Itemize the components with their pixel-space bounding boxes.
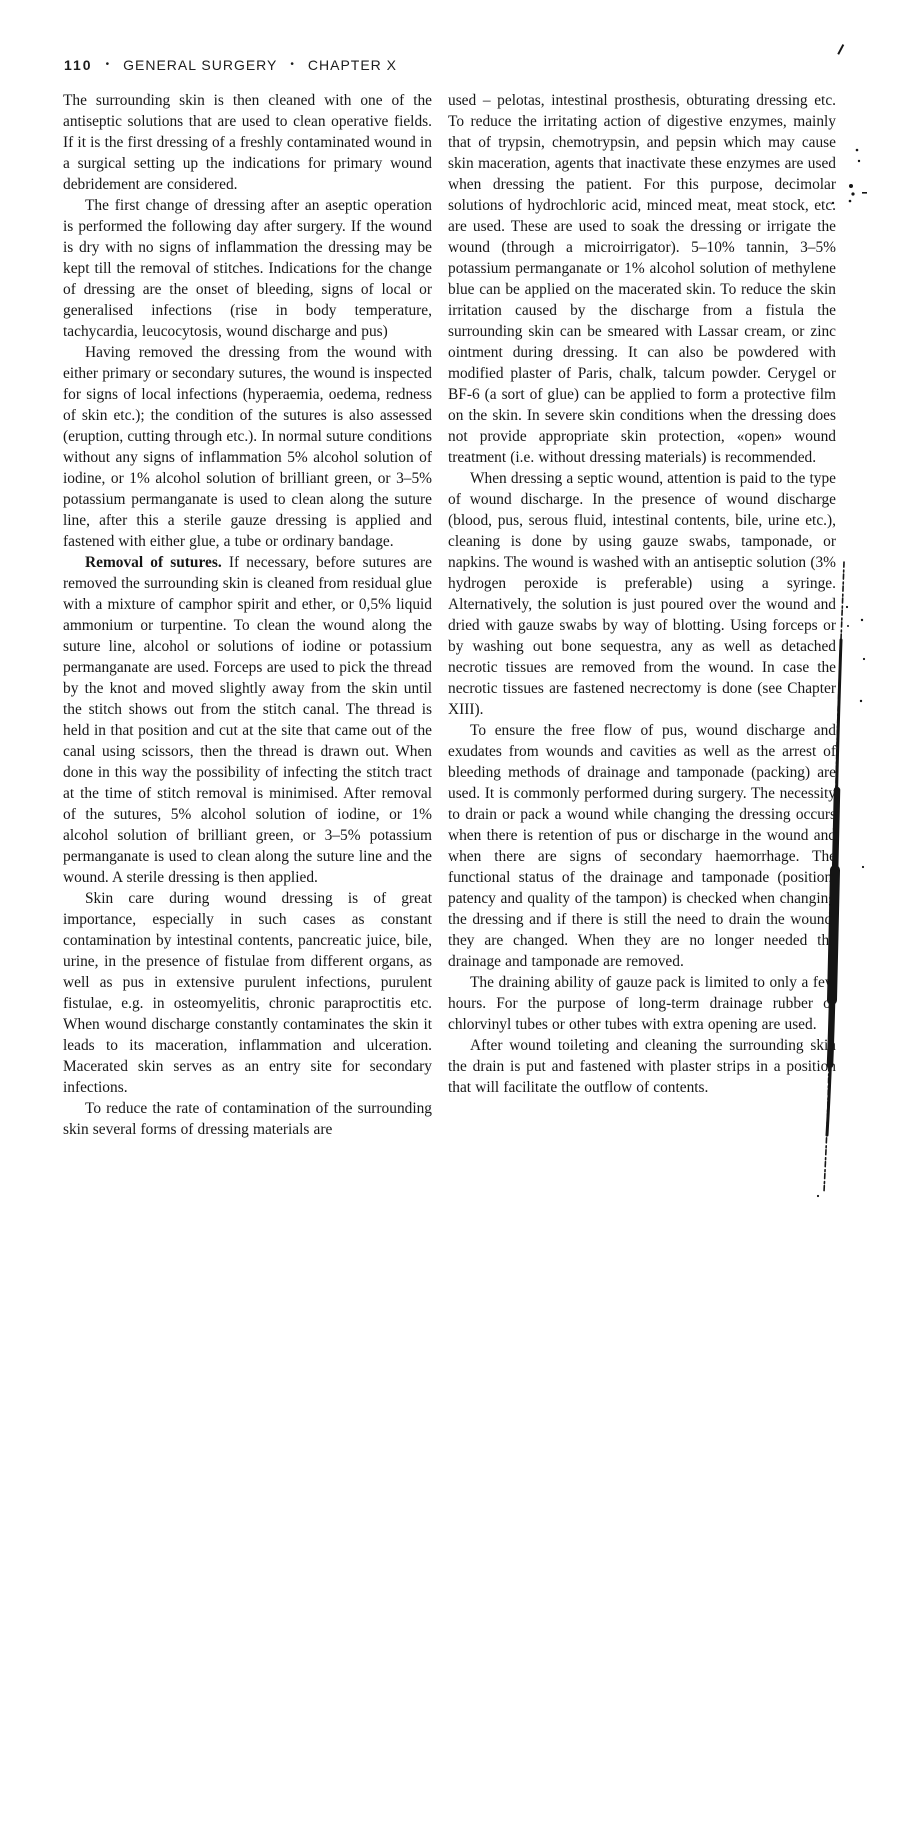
paragraph: Having removed the dressing from the wou… <box>63 342 432 552</box>
paragraph: The draining ability of gauze pack is li… <box>448 972 836 1035</box>
page-number: 110 <box>64 57 93 73</box>
right-text-column: used – pelotas, intestinal prosthesis, o… <box>448 90 836 1098</box>
paragraph: The surrounding skin is then cleaned wit… <box>63 90 432 195</box>
header-section-title: GENERAL SURGERY <box>123 57 277 73</box>
header-bullet-icon: • <box>277 59 308 70</box>
header-bullet-icon: • <box>93 59 124 70</box>
paragraph: To ensure the free flow of pus, wound di… <box>448 720 836 972</box>
header-chapter-title: CHAPTER X <box>308 57 397 73</box>
paragraph: When dressing a septic wound, attention … <box>448 468 836 720</box>
scanned-book-page: 110 • GENERAL SURGERY • CHAPTER X The su… <box>0 0 899 1836</box>
paragraph: Skin care during wound dressing is of gr… <box>63 888 432 1098</box>
paragraph: To reduce the rate of contamination of t… <box>63 1098 432 1140</box>
paragraph: used – pelotas, intestinal prosthesis, o… <box>448 90 836 468</box>
left-text-column: The surrounding skin is then cleaned wit… <box>63 90 432 1140</box>
paragraph-lead: Removal of sutures. <box>85 554 222 571</box>
paragraph: The first change of dressing after an as… <box>63 195 432 342</box>
paragraph: Removal of sutures. If necessary, before… <box>63 552 432 888</box>
page-header: 110 • GENERAL SURGERY • CHAPTER X <box>64 57 397 73</box>
paragraph: After wound toileting and cleaning the s… <box>448 1035 836 1098</box>
